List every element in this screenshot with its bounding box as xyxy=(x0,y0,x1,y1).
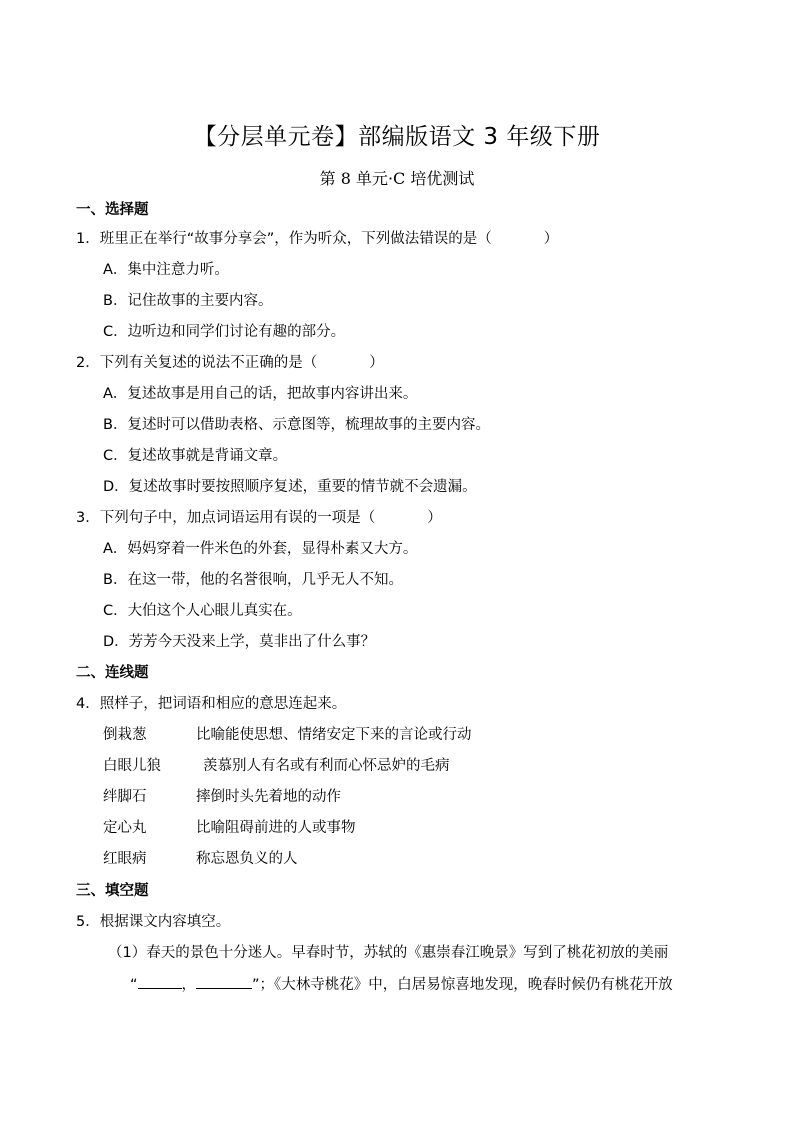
option-3d: D．芳芳今天没来上学，莫非出了什么事？ xyxy=(103,632,375,652)
question-1: 1．班里正在举行“故事分享会”，作为听众，下列做法错误的是（） xyxy=(76,229,558,249)
option-2a: A．复述故事是用自己的话，把故事内容讲出来。 xyxy=(103,384,417,404)
option-2c: C．复述故事就是背诵文章。 xyxy=(103,446,287,466)
match-meaning[interactable]: 比喻能使思想、情绪安定下来的言论或行动 xyxy=(196,725,472,745)
option-1c: C．边听边和同学们讨论有趣的部分。 xyxy=(103,322,345,342)
question-5: 5．根据课文内容填空。 xyxy=(76,912,230,932)
option-2d: D．复述故事时要按照顺序复述，重要的情节就不会遗漏。 xyxy=(103,477,477,497)
option-3b: B．在这一带，他的名誉很响，几乎无人不知。 xyxy=(103,570,403,590)
match-meaning[interactable]: 摔倒时头先着地的动作 xyxy=(196,787,341,807)
sub-question-1-line-1: （1）春天的景色十分迷人。早春时节，苏轼的《惠崇春江晚景》写到了桃花初放的美丽 xyxy=(108,943,668,963)
question-number: 5． xyxy=(76,914,100,930)
question-number: 1． xyxy=(76,231,100,247)
page-subtitle: 第 8 单元·C 培优测试 xyxy=(0,166,794,189)
match-meaning[interactable]: 称忘恩负义的人 xyxy=(196,849,298,869)
match-meaning[interactable]: 羡慕别人有名或有利而心怀忌妒的毛病 xyxy=(203,756,450,776)
option-3c: C．大伯这个人心眼儿真实在。 xyxy=(103,601,302,621)
exam-page: 【分层单元卷】部编版语文 3 年级下册 第 8 单元·C 培优测试 一、选择题 … xyxy=(0,0,794,1123)
option-1b: B．记住故事的主要内容。 xyxy=(103,291,272,311)
section-heading-choice: 一、选择题 xyxy=(76,200,149,220)
question-stem: 班里正在举行“故事分享会”，作为听众，下列做法错误的是（ xyxy=(100,231,492,247)
section-heading-matching: 二、连线题 xyxy=(76,663,149,683)
question-stem: 下列句子中，加点词语运用有误的一项是（ xyxy=(100,510,376,526)
match-word[interactable]: 倒栽葱 xyxy=(103,725,147,745)
fill-blank-1[interactable] xyxy=(138,974,182,989)
question-4: 4．照样子，把词语和相应的意思连起来。 xyxy=(76,694,346,714)
option-3a: A．妈妈穿着一件米色的外套，显得朴素又大方。 xyxy=(103,539,417,559)
question-stem: 照样子，把词语和相应的意思连起来。 xyxy=(100,696,347,712)
question-stem: 下列有关复述的说法不正确的是（ xyxy=(100,355,318,371)
question-number: 4． xyxy=(76,696,100,712)
match-word[interactable]: 白眼儿狼 xyxy=(103,756,161,776)
question-stem: 根据课文内容填空。 xyxy=(100,914,231,930)
question-2: 2．下列有关复述的说法不正确的是（） xyxy=(76,353,384,373)
page-title: 【分层单元卷】部编版语文 3 年级下册 xyxy=(0,118,794,151)
question-number: 3． xyxy=(76,510,100,526)
question-number: 2． xyxy=(76,355,100,371)
question-3: 3．下列句子中，加点词语运用有误的一项是（） xyxy=(76,508,442,528)
option-2b: B．复述时可以借助表格、示意图等，梳理故事的主要内容。 xyxy=(103,415,490,435)
match-word[interactable]: 红眼病 xyxy=(103,849,147,869)
match-word[interactable]: 绊脚石 xyxy=(103,787,147,807)
match-word[interactable]: 定心丸 xyxy=(103,818,147,838)
sub-question-1-line-2: “，”；《大林寺桃花》中，白居易惊喜地发现，晚春时候仍有桃花开放 xyxy=(130,974,673,995)
option-1a: A．集中注意力听。 xyxy=(103,260,229,280)
fill-blank-2[interactable] xyxy=(196,974,252,989)
section-heading-fill: 三、填空题 xyxy=(76,881,149,901)
match-meaning[interactable]: 比喻阻碍前进的人或事物 xyxy=(196,818,356,838)
